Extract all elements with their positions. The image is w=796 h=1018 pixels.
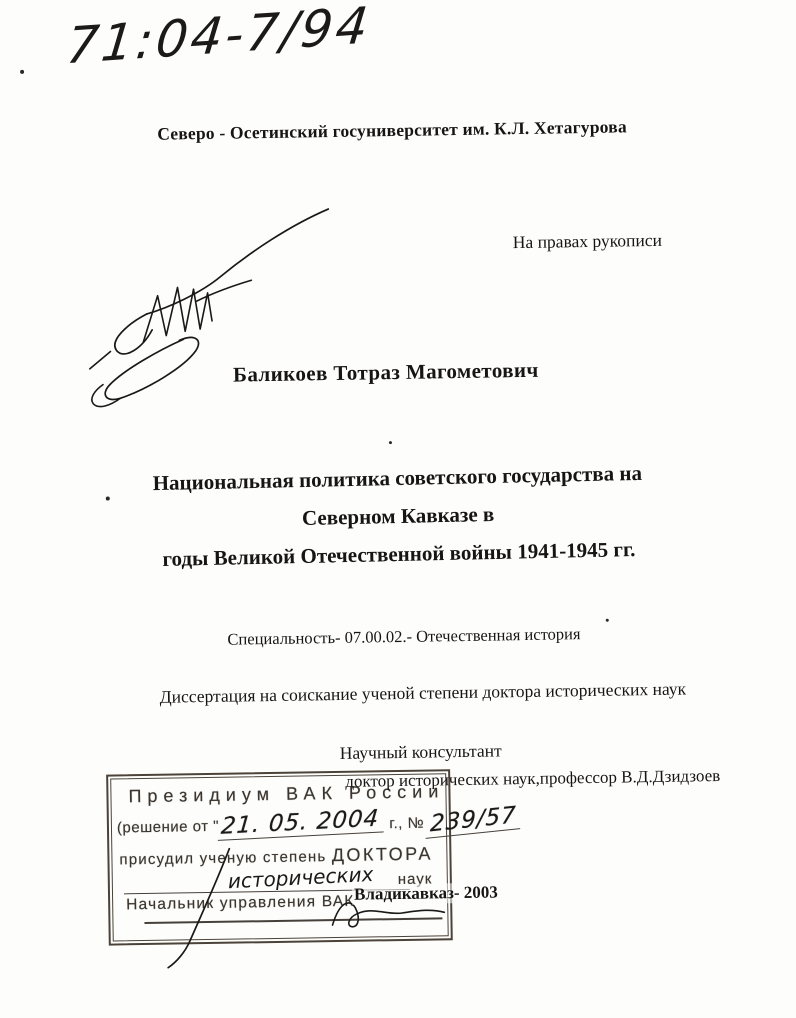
university-name: Северо - Осетинский госуниверситет им. К… xyxy=(0,114,790,148)
scan-speck xyxy=(606,619,609,622)
consultant-label: Научный консультант xyxy=(340,740,502,764)
author-signature xyxy=(83,197,344,417)
scan-content: 71:04-7/94 Северо - Осетинский госунивер… xyxy=(0,0,796,1018)
scanned-page: 71:04-7/94 Северо - Осетинский госунивер… xyxy=(0,0,796,1018)
stamp-award-degree: ДОКТОРА xyxy=(332,843,433,865)
thesis-degree-note: Диссертация на соискание ученой степени … xyxy=(47,677,796,710)
stamp-decision-prefix: (решение от " xyxy=(117,818,219,837)
stamp-decision-line: (решение от " 21. 05. 2004 г., № 239/57 xyxy=(117,806,521,839)
handwritten-decision-number: 239/57 xyxy=(426,802,521,839)
scan-speck xyxy=(389,441,392,444)
city-year: Владикавказ- 2003 xyxy=(352,882,500,904)
handwritten-decision-date: 21. 05. 2004 xyxy=(218,805,387,841)
specialty-line: Специальность- 07.00.02.- Отечественная … xyxy=(10,621,796,653)
handwritten-inventory-number: 71:04-7/94 xyxy=(64,0,374,75)
manuscript-rights-note: На правах рукописи xyxy=(513,230,662,253)
pen-stroke xyxy=(157,845,241,972)
stamp-decision-mid: г., № xyxy=(389,815,424,833)
scan-speck xyxy=(20,70,24,74)
dissertation-title: Национальная политика советского государ… xyxy=(0,451,796,582)
